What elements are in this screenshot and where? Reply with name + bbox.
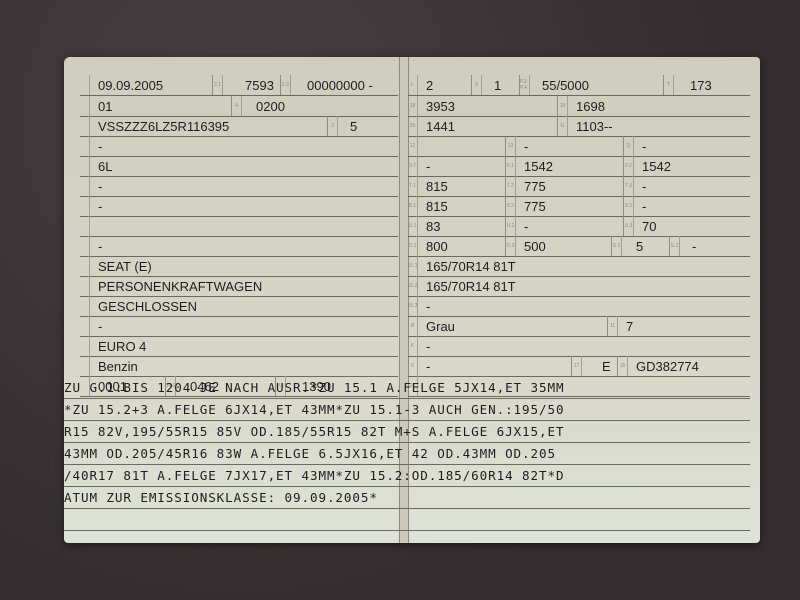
axles: 2	[418, 77, 433, 95]
right-row-1: L2 91 P.2 P.455/5000 T173	[408, 75, 750, 96]
color-code: 7	[618, 318, 633, 336]
power-rpm: 55/5000	[530, 77, 589, 95]
remark-line: ATUM ZUR EMISSIONSKLASSE: 09.09.2005*	[64, 487, 750, 509]
document-number: GD382774	[628, 358, 699, 376]
emission-class: EURO 4	[90, 338, 146, 356]
registration-document: 09.09.2005 2.17593 2.200000000 - 01 4020…	[64, 57, 760, 543]
left-row-3: VSSZZZ6LZ5R116395 35	[80, 116, 398, 137]
manufacturer-code: 7593	[223, 77, 274, 95]
empty-mass: 1103--	[568, 118, 613, 136]
tyre-axle-2: 165/70R14 81T	[418, 278, 516, 296]
left-row-1: 09.09.2005 2.17593 2.200000000 -	[80, 75, 398, 96]
make: SEAT (E)	[90, 258, 152, 276]
remark-line: R15 82V,195/55R15 85V OD.185/55R15 82T M…	[64, 421, 750, 443]
length: 3953	[418, 98, 455, 116]
model-code: 6L	[90, 158, 112, 176]
vin: VSSZZZ6LZ5R116395	[90, 118, 229, 136]
vin-check-digit: 5	[338, 118, 357, 136]
type-code: 00000000 -	[291, 77, 373, 95]
vehicle-class: PERSONENKRAFTWAGEN	[90, 278, 262, 296]
height: 1441	[418, 118, 455, 136]
body-type: GESCHLOSSEN	[90, 298, 197, 316]
vehicle-color: Grau	[418, 318, 455, 336]
max-speed: 173	[674, 77, 712, 95]
width: 1698	[568, 98, 605, 116]
fuel-type: Benzin	[90, 358, 138, 376]
remark-line	[64, 509, 750, 531]
seats: 5	[622, 238, 643, 256]
max-mass-permitted: 1542	[634, 158, 671, 176]
remark-line: ZU G.1:BIS 1204 JE NACH AUSR.*ZU 15.1 A.…	[64, 377, 750, 399]
max-mass-technical: 1542	[516, 158, 553, 176]
remark-line: 43MM OD.205/45R16 83W A.FELGE 6.5JX16,ET…	[64, 443, 750, 465]
remark-line: *ZU 15.2+3 A.FELGE 6JX14,ET 43MM*ZU 15.1…	[64, 399, 750, 421]
left-row-2: 01 40200	[80, 96, 398, 117]
remark-line: /40R17 81T A.FELGE 7JX17,ET 43MM*ZU 15.2…	[64, 465, 750, 487]
body-code: 0200	[242, 98, 285, 116]
first-registration-date: 09.09.2005	[90, 77, 163, 95]
tyre-axle-1: 165/70R14 81T	[418, 258, 516, 276]
